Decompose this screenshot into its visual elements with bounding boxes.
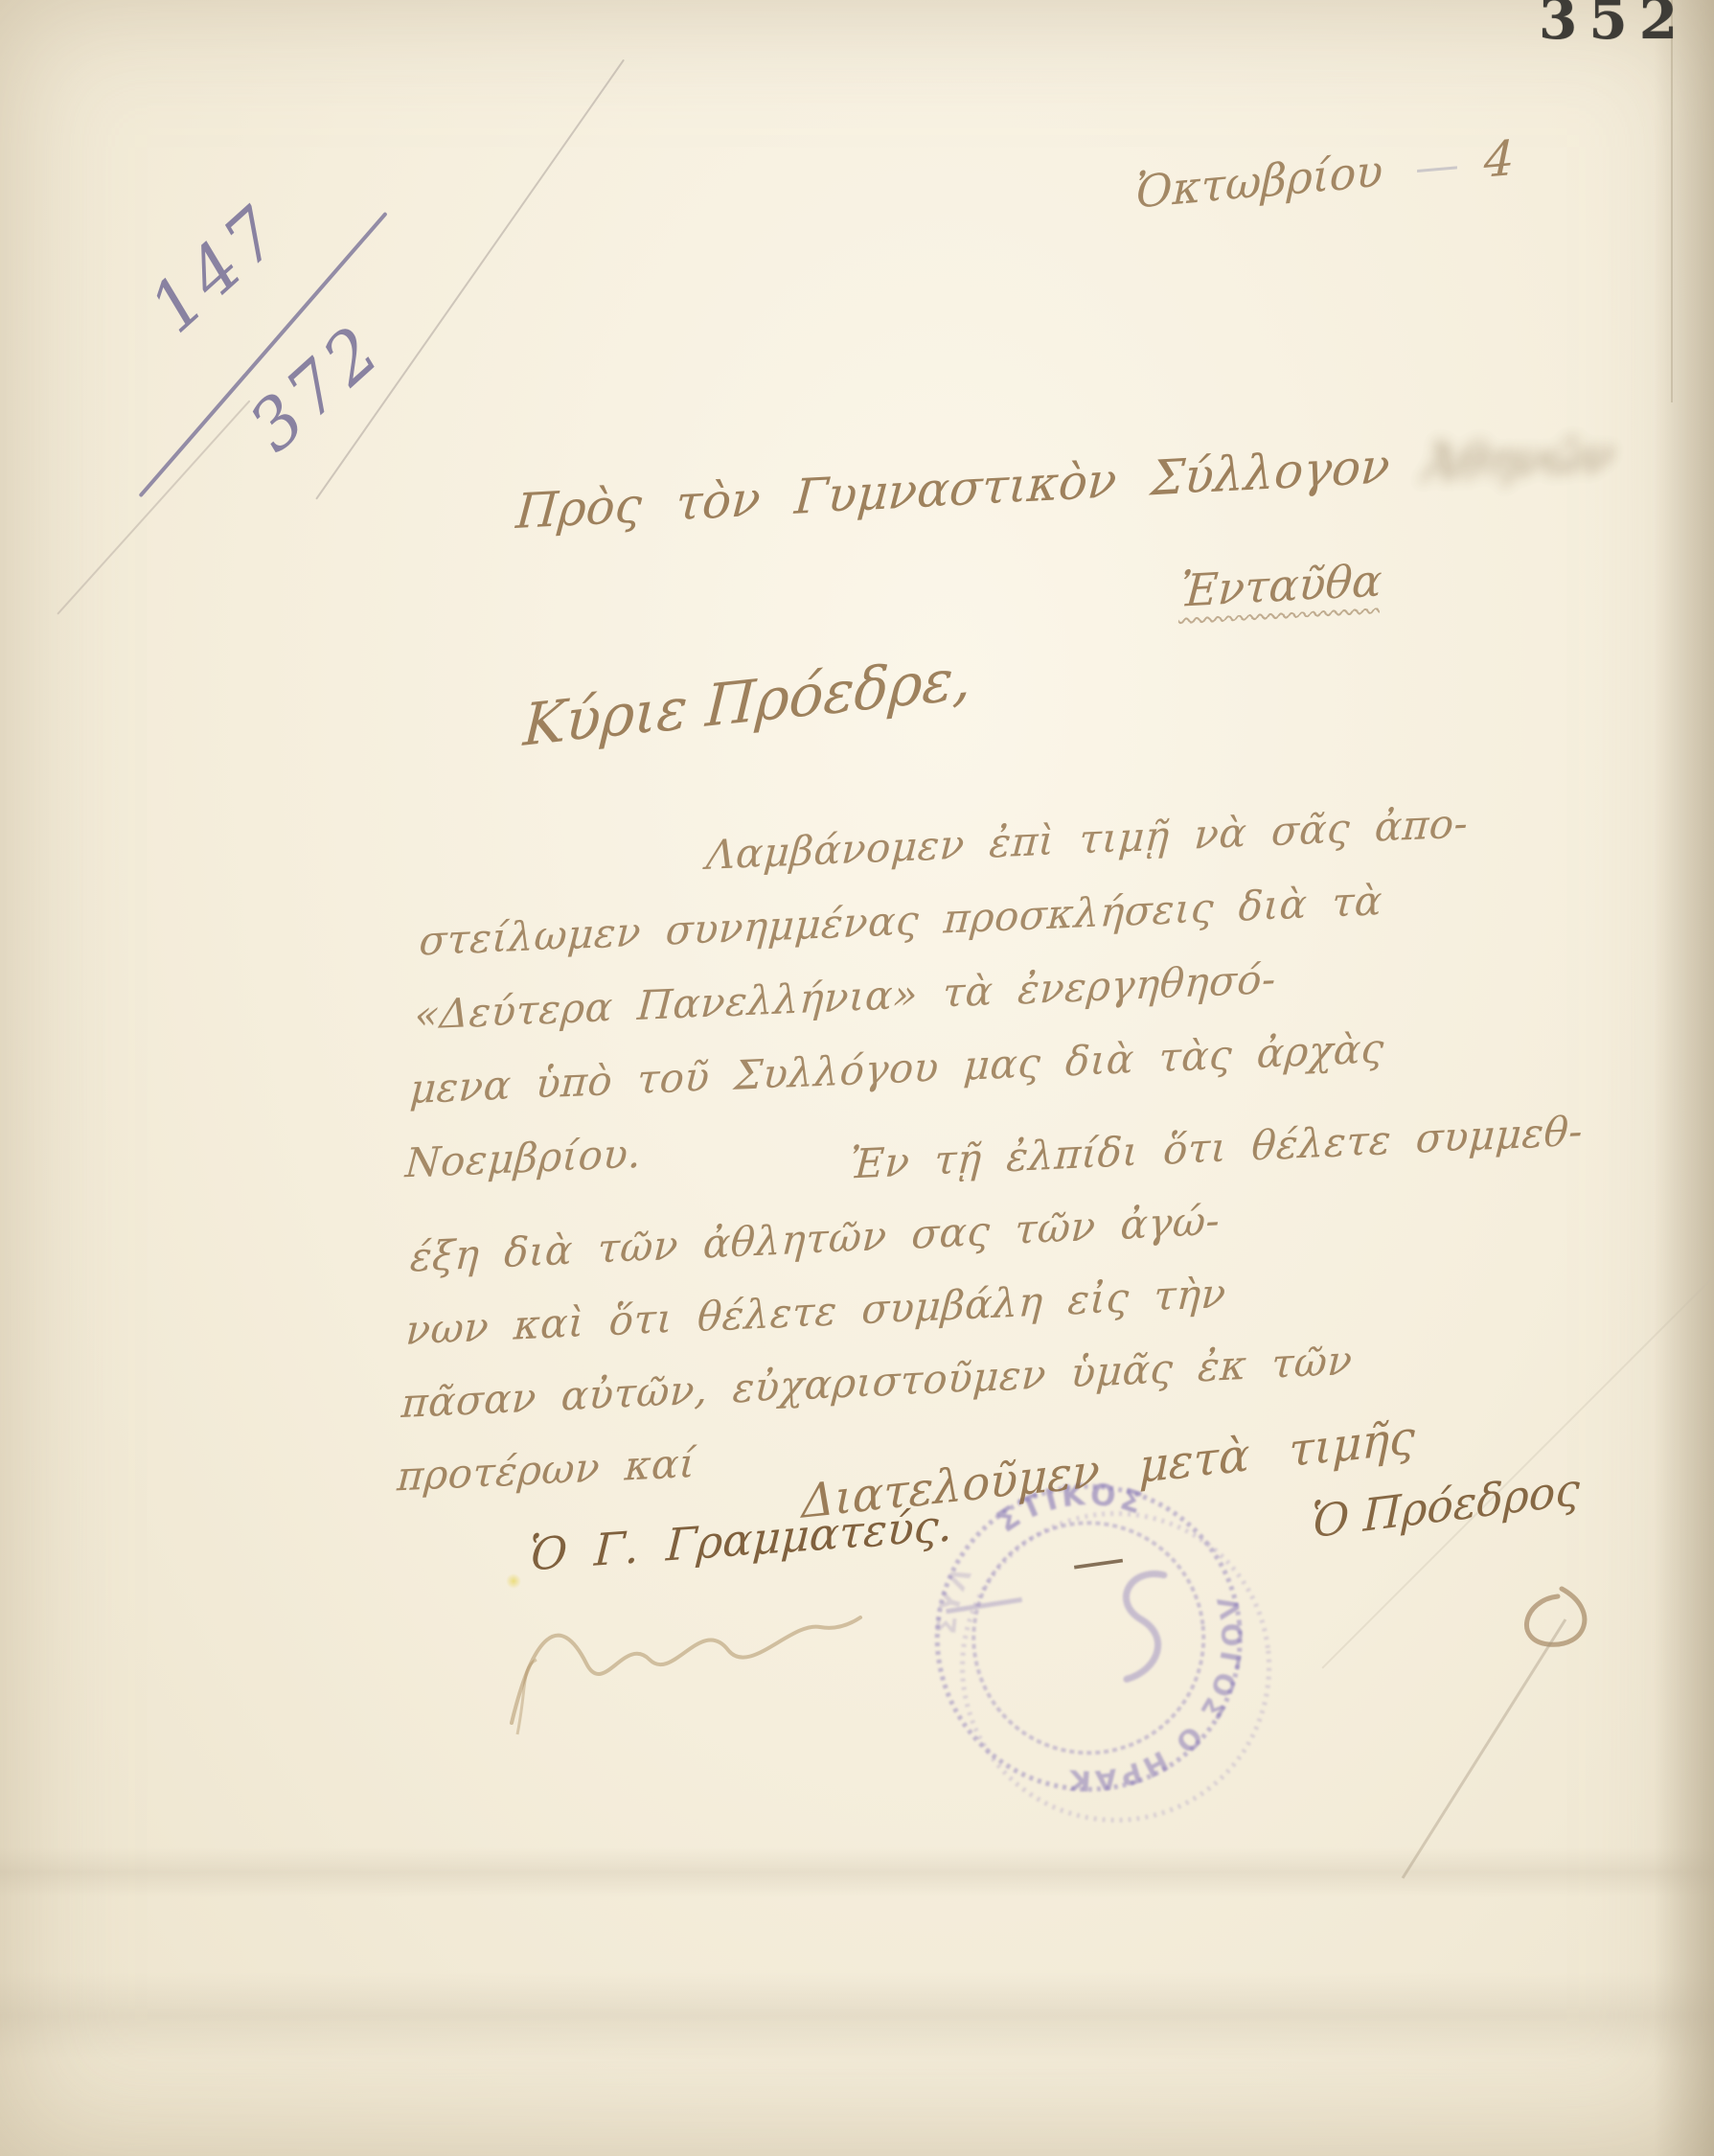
- paper-crease: [315, 59, 625, 500]
- archival-number-top: 147: [134, 189, 299, 348]
- address-text: Πρὸς τὸν Γυμναστικὸν Σύλλογον: [514, 438, 1392, 539]
- svg-text:ΛΟΓΟΣ Ο ΗΡΑΚ: ΛΟΓΟΣ Ο ΗΡΑΚ: [1046, 1594, 1264, 1800]
- president-signature-flourish: [1360, 1581, 1629, 1897]
- address-line: Πρὸς τὸν Γυμναστικὸν Σύλλογον Ἀθηνῶν: [514, 421, 1714, 539]
- stamp-monogram: [1116, 1572, 1175, 1679]
- address-smudged-word: Ἀθηνῶν: [1422, 426, 1615, 493]
- archival-number-bottom: 372: [234, 308, 399, 467]
- date-separator-mark: —: [1415, 138, 1460, 194]
- president-title: Ὁ Πρόεδρος: [1312, 1463, 1581, 1548]
- date-month: Ὀκτωβρίου: [1136, 145, 1383, 218]
- stamp-arc-text-left: ΣΥΛ: [923, 1557, 985, 1639]
- address-here-line: Ἐνταῦθα: [1178, 554, 1383, 616]
- paper-edge-crease: [1671, 0, 1673, 402]
- registry-number-stamp: 352: [1539, 0, 1689, 52]
- stamp-arc-text-right: ΛΟΓΟΣ Ο ΗΡΑΚ: [1046, 1594, 1264, 1800]
- date-day: 4: [1483, 130, 1515, 189]
- svg-text:ΣΥΛ: ΣΥΛ: [923, 1557, 985, 1639]
- paper-crease: [57, 400, 250, 614]
- secretary-signature-scrawl: [498, 1571, 872, 1754]
- date-line: Ὀκτωβρίου—4: [1136, 116, 1672, 218]
- paper-fold-band: [0, 1972, 1714, 2060]
- salutation: Κύριε Πρόεδρε,: [521, 645, 972, 760]
- signature-divider-dash: —: [1067, 1525, 1130, 1594]
- scanned-letter-page: 352 Ὀκτωβρίου—4 147 372 Πρὸς τὸν Γυμναστ…: [0, 0, 1714, 2156]
